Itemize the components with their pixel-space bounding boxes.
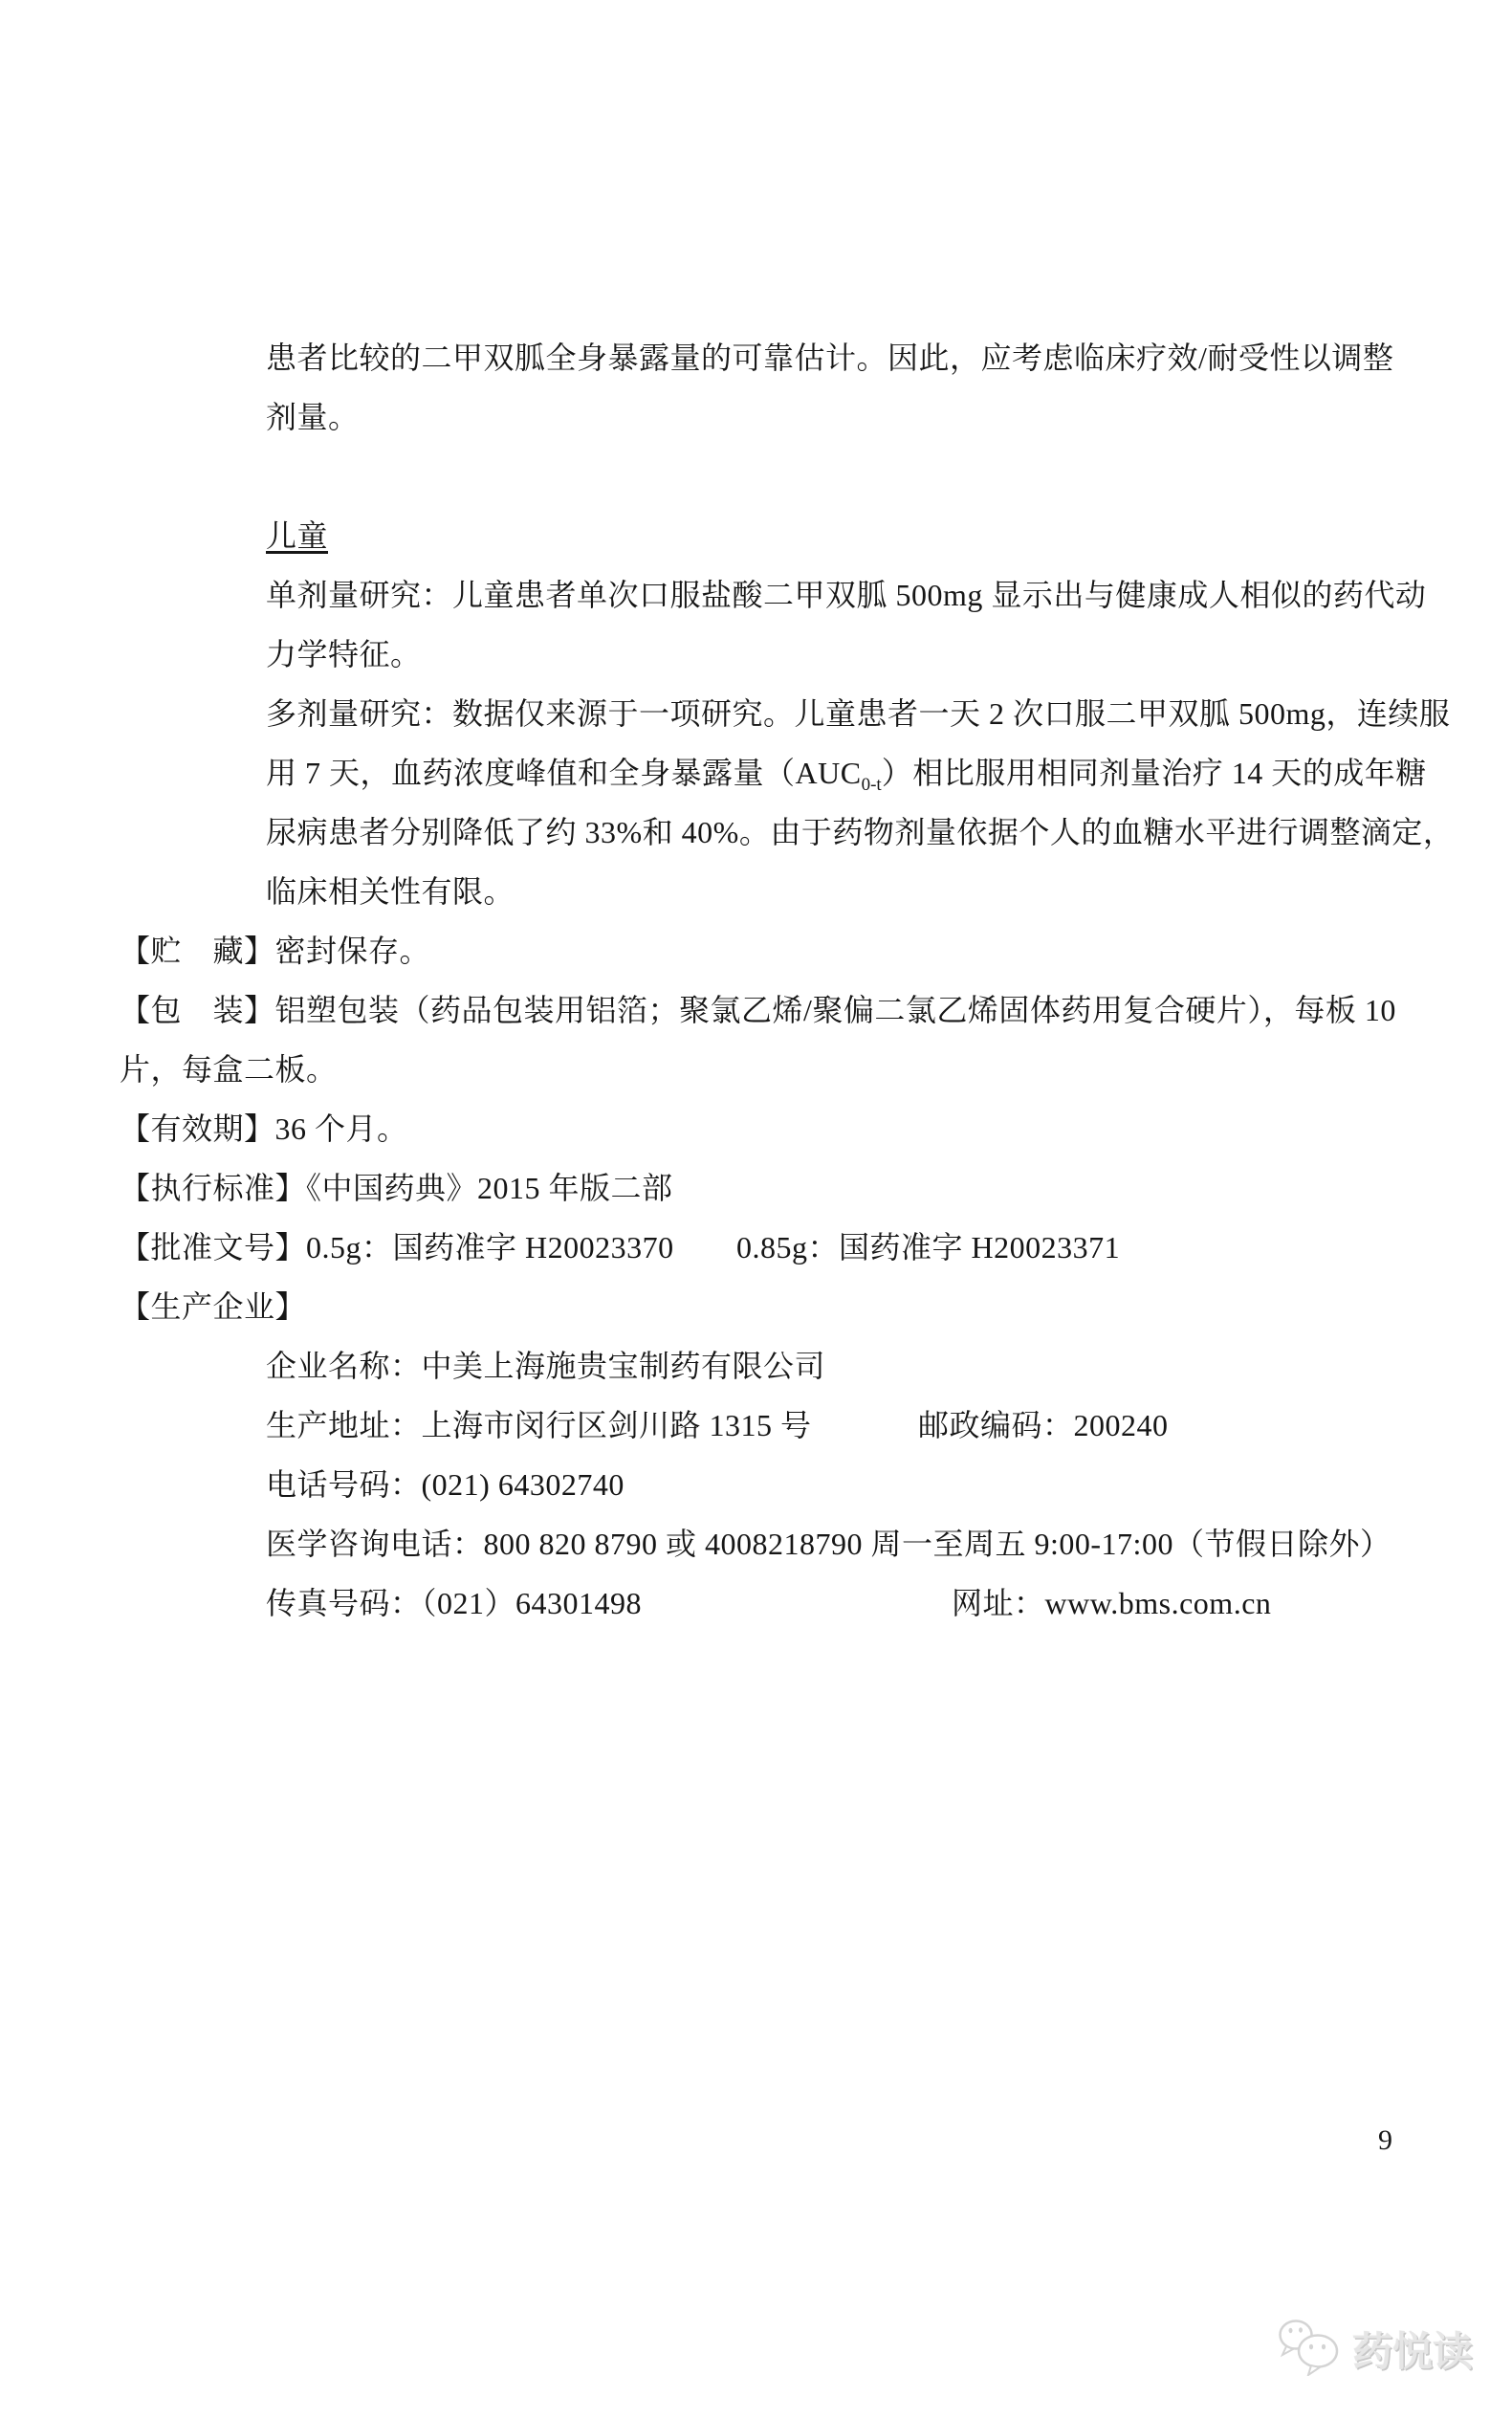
address-line: 生产地址：上海市闵行区剑川路 1315 号 邮政编码：200240 <box>120 1396 1401 1455</box>
wechat-bubbles-icon <box>1276 2317 1343 2381</box>
pediatric-heading: 儿童 <box>266 518 328 553</box>
dose-adjustment-para-line-1: 患者比较的二甲双胍全身暴露量的可靠估计。因此，应考虑临床疗效/耐受性以调整 <box>120 328 1401 387</box>
phone-line: 电话号码：(021) 64302740 <box>120 1455 1401 1514</box>
blank-line <box>120 447 1401 506</box>
document-page: 患者比较的二甲双胍全身暴露量的可靠估计。因此，应考虑临床疗效/耐受性以调整 剂量… <box>0 0 1512 2419</box>
watermark-brand-text: 药悦读 <box>1352 2320 1473 2378</box>
multi-dose-study-line-2: 用 7 天，血药浓度峰值和全身暴露量（AUC0-t）相比服用相同剂量治疗 14 … <box>120 743 1401 803</box>
multi-dose-study-line-1: 多剂量研究：数据仅来源于一项研究。儿童患者一天 2 次口服二甲双胍 500mg，… <box>120 684 1401 743</box>
medical-consult-line: 医学咨询电话：800 820 8790 或 4008218790 周一至周五 9… <box>120 1514 1401 1573</box>
production-address: 生产地址：上海市闵行区剑川路 1315 号 <box>266 1408 812 1442</box>
postal-code: 邮政编码：200240 <box>918 1396 1169 1455</box>
company-name-line: 企业名称：中美上海施贵宝制药有限公司 <box>120 1336 1401 1396</box>
multi-dose-study-line-3: 尿病患者分别降低了约 33%和 40%。由于药物剂量依据个人的血糖水平进行调整滴… <box>120 803 1401 862</box>
single-dose-study-line-2: 力学特征。 <box>120 625 1401 684</box>
manufacturer-heading: 【生产企业】 <box>120 1277 1401 1336</box>
single-dose-study-line-1: 单剂量研究：儿童患者单次口服盐酸二甲双胍 500mg 显示出与健康成人相似的药代… <box>120 565 1401 625</box>
package-item-line-1: 【包 装】铝塑包装（药品包装用铝箔；聚氯乙烯/聚偏二氯乙烯固体药用复合硬片），每… <box>120 980 1401 1040</box>
pediatric-section-heading-line: 儿童 <box>120 506 1401 565</box>
watermark: 药悦读 <box>1276 2317 1473 2381</box>
approval-number-0-5g: 【批准文号】0.5g：国药准字 H20023370 <box>120 1230 674 1264</box>
multi-dose-line-2-post: ）相比服用相同剂量治疗 14 天的成年糖 <box>882 756 1427 790</box>
standard-item: 【执行标准】《中国药典》2015 年版二部 <box>120 1158 1401 1218</box>
shelf-life-item: 【有效期】36 个月。 <box>120 1099 1401 1158</box>
multi-dose-study-line-4: 临床相关性有限。 <box>120 862 1401 921</box>
auc-subscript: 0-t <box>862 775 882 795</box>
fax-line: 传真号码：（021）64301498 网址：www.bms.com.cn <box>120 1573 1401 1633</box>
fax-number: 传真号码：（021）64301498 <box>266 1586 642 1620</box>
package-item-line-2: 片，每盒二板。 <box>120 1040 1401 1099</box>
multi-dose-line-2-pre: 用 7 天，血药浓度峰值和全身暴露量（AUC <box>266 756 862 790</box>
document-body: 患者比较的二甲双胍全身暴露量的可靠估计。因此，应考虑临床疗效/耐受性以调整 剂量… <box>120 328 1401 1633</box>
approval-number-0-85g: 0.85g：国药准字 H20023371 <box>736 1218 1120 1277</box>
page-number: 9 <box>1378 2123 1392 2158</box>
website-url: 网址：www.bms.com.cn <box>952 1573 1271 1633</box>
dose-adjustment-para-line-2: 剂量。 <box>120 387 1401 447</box>
storage-item: 【贮 藏】密封保存。 <box>120 921 1401 980</box>
approval-number-item: 【批准文号】0.5g：国药准字 H20023370 0.85g：国药准字 H20… <box>120 1218 1401 1277</box>
